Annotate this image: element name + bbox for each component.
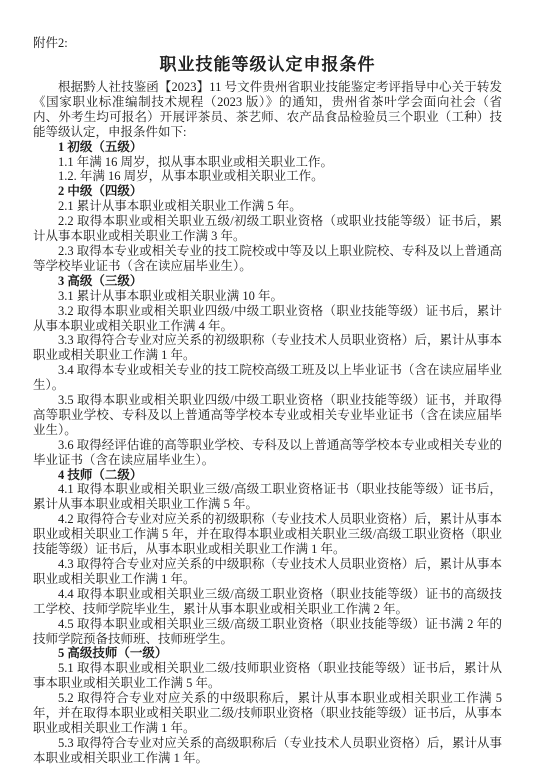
page-title: 职业技能等级认定申报条件 xyxy=(33,55,502,75)
requirement-item-2-3: 2.3 取得本专业或相关专业的技工院校或中等及以上职业院校、专科及以上普通高等学… xyxy=(33,244,502,274)
section-heading-technician-level2: 4 技师（二级） xyxy=(33,468,502,483)
requirement-item-3-5: 3.5 取得本职业或相关职业四级/中级工职业资格（职业技能等级）证书，并取得高等… xyxy=(33,393,502,438)
requirement-item-3-6: 3.6 取得经评估谁的高等职业学校、专科及以上普通高等学校本专业或相关专业的毕业… xyxy=(33,438,502,468)
requirement-item-4-2: 4.2 取得符合专业对应关系的初级职称（专业技术人员职业资格）后，累计从事本职业… xyxy=(33,512,502,557)
requirement-item-3-3: 3.3 取得符合专业对应关系的初级职称（专业技术人员职业资格）后，累计从事本职业… xyxy=(33,333,502,363)
requirement-item-4-4: 4.4 取得本职业或相关职业三级/高级工职业资格（职业技能等级）证书的高级技工学… xyxy=(33,587,502,617)
requirement-item-2-2: 2.2 取得本职业或相关职业五级/初级工职业资格（或职业技能等级）证书后，累计从… xyxy=(33,214,502,244)
requirement-item-5-2: 5.2 取得符合专业对应关系的中级职称后，累计从事本职业或相关职业工作满 5 年… xyxy=(33,691,502,736)
requirement-item-5-1: 5.1 取得本职业或相关职业二级/技师职业资格（职业技能等级）证书后，累计从事本… xyxy=(33,661,502,691)
attachment-label: 附件2: xyxy=(33,36,502,51)
requirement-item-4-3: 4.3 取得符合专业对应关系的中级职称（专业技术人员职业资格）后，累计从事本职业… xyxy=(33,557,502,587)
section-heading-advanced-level3: 3 高级（三级） xyxy=(33,274,502,289)
requirement-item-1-1: 1.1 年满 16 周岁，拟从事本职业或相关职业工作。 xyxy=(33,155,502,170)
requirement-item-2-1: 2.1 累计从事本职业或相关职业工作满 5 年。 xyxy=(33,199,502,214)
requirement-item-4-1: 4.1 取得本职业或相关职业三级/高级工职业资格证书（职业技能等级）证书后，累计… xyxy=(33,482,502,512)
section-heading-primary-level5: 1 初级（五级） xyxy=(33,140,502,155)
requirement-item-3-2: 3.2 取得本职业或相关职业四级/中级工职业资格（职业技能等级）证书后，累计从事… xyxy=(33,304,502,334)
requirement-item-3-4: 3.4 取得本专业或相关专业的技工院校高级工班及以上毕业证书（含在读应届毕业生）… xyxy=(33,363,502,393)
requirement-item-5-3: 5.3 取得符合专业对应关系的高级职称后（专业技术人员职业资格）后，累计从事本职… xyxy=(33,736,502,765)
requirement-item-4-5: 4.5 取得本职业或相关职业三级/高级工职业资格（职业技能等级）证书满 2 年的… xyxy=(33,617,502,647)
requirement-item-1-2: 1.2. 年满 16 周岁，从事本职业或相关职业工作。 xyxy=(33,169,502,184)
intro-paragraph: 根据黔人社技鉴函【2023】11 号文件贵州省职业技能鉴定考评指导中心关于转发《… xyxy=(33,80,502,140)
section-heading-senior-technician-level1: 5 高级技师（一级） xyxy=(33,646,502,661)
document-page: 附件2: 职业技能等级认定申报条件 根据黔人社技鉴函【2023】11 号文件贵州… xyxy=(0,0,535,765)
section-heading-intermediate-level4: 2 中级（四级） xyxy=(33,184,502,199)
requirement-item-3-1: 3.1 累计从事本职业或相关职业满 10 年。 xyxy=(33,289,502,304)
